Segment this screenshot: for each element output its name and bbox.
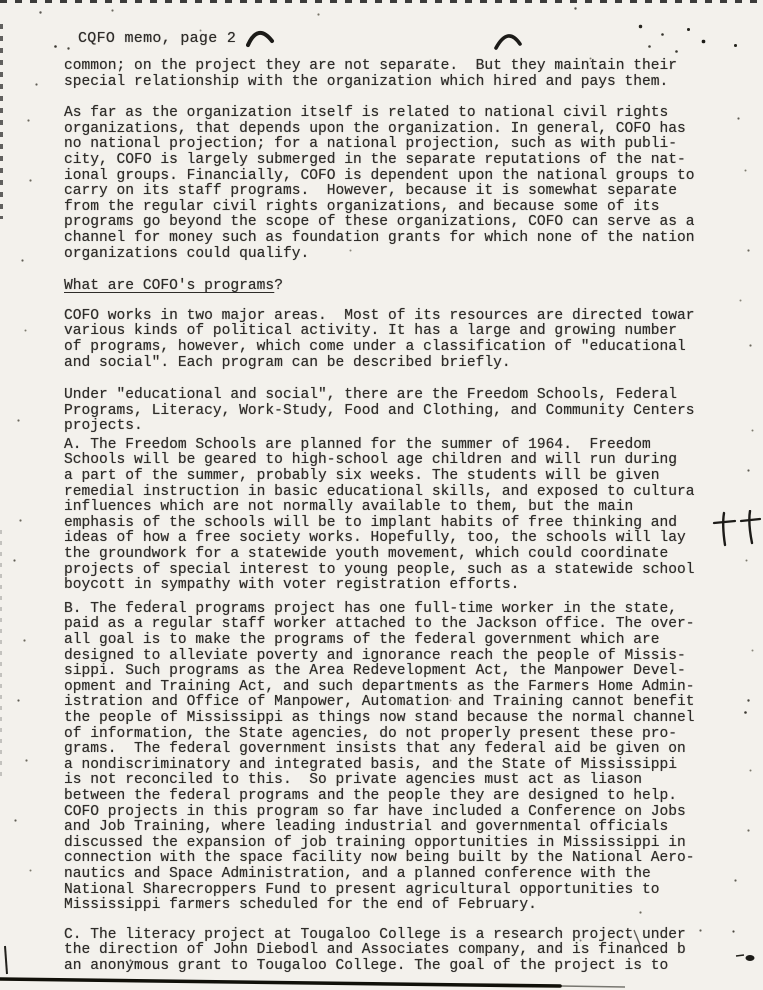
- pen-arc-mark: [494, 28, 524, 52]
- pen-arc-mark: [246, 26, 276, 50]
- bottom-scan-artifacts: [0, 925, 763, 989]
- section-heading-text: What are COFO's programs: [64, 278, 274, 294]
- paragraph-two-major-areas: COFO works in two major areas. Most of i…: [64, 309, 763, 371]
- section-heading-question-mark: ?: [274, 278, 283, 294]
- paragraph-national-relations: As far as the organization itself is rel…: [64, 106, 763, 262]
- scanned-memo-page: CQFO memo, page 2 common; on the project…: [0, 0, 763, 990]
- paragraph-educational-social-list: Under "educational and social", there ar…: [64, 388, 763, 435]
- scan-edge-top: [0, 0, 763, 3]
- scan-noise-speckles: [0, 0, 1, 1]
- pen-cross-marks: [712, 510, 762, 550]
- paragraph-item-a-freedom-schools: A. The Freedom Schools are planned for t…: [64, 438, 763, 594]
- paragraph-item-b-federal-programs: B. The federal programs project has one …: [64, 602, 763, 914]
- scan-edge-left-faint: [0, 530, 2, 780]
- memo-body: common; on the project they are not sepa…: [64, 59, 763, 974]
- scan-edge-left: [0, 24, 3, 219]
- page-header: CQFO memo, page 2: [78, 30, 236, 47]
- section-heading: What are COFO's programs?: [64, 279, 763, 295]
- paragraph-common-project: common; on the project they are not sepa…: [64, 59, 763, 90]
